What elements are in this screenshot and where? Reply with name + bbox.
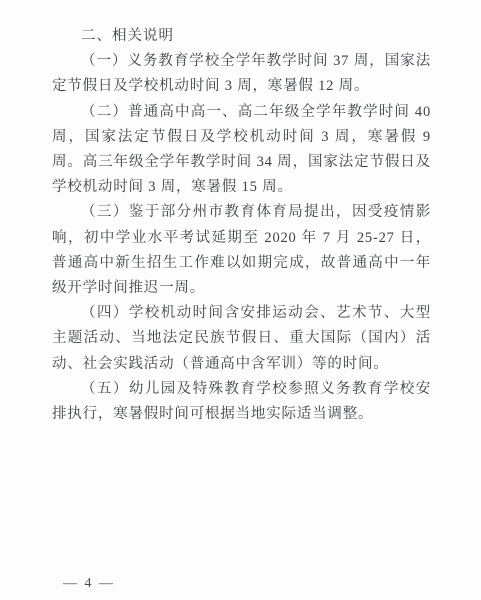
page-number: — 4 — bbox=[63, 576, 115, 592]
section-heading: 二、相关说明 bbox=[52, 24, 431, 49]
paragraph-3: （三）鉴于部分州市教育体育局提出，因受疫情影响，初中学业水平考试延期至 2020… bbox=[52, 200, 431, 301]
paragraph-4: （四）学校机动时间含安排运动会、艺术节、大型主题活动、当地法定民族节假日、重大国… bbox=[52, 301, 431, 377]
paragraph-5: （五）幼儿园及特殊教育学校参照义务教育学校安排执行，寒暑假时间可根据当地实际适当… bbox=[52, 377, 431, 427]
paragraph-1: （一）义务教育学校全学年教学时间 37 周，国家法定节假日及学校机动时间 3 周… bbox=[52, 49, 431, 99]
document-page: 二、相关说明 （一）义务教育学校全学年教学时间 37 周，国家法定节假日及学校机… bbox=[0, 0, 481, 600]
paragraph-2: （二）普通高中高一、高二年级全学年教学时间 40 周，国家法定节假日及学校机动时… bbox=[52, 100, 431, 201]
